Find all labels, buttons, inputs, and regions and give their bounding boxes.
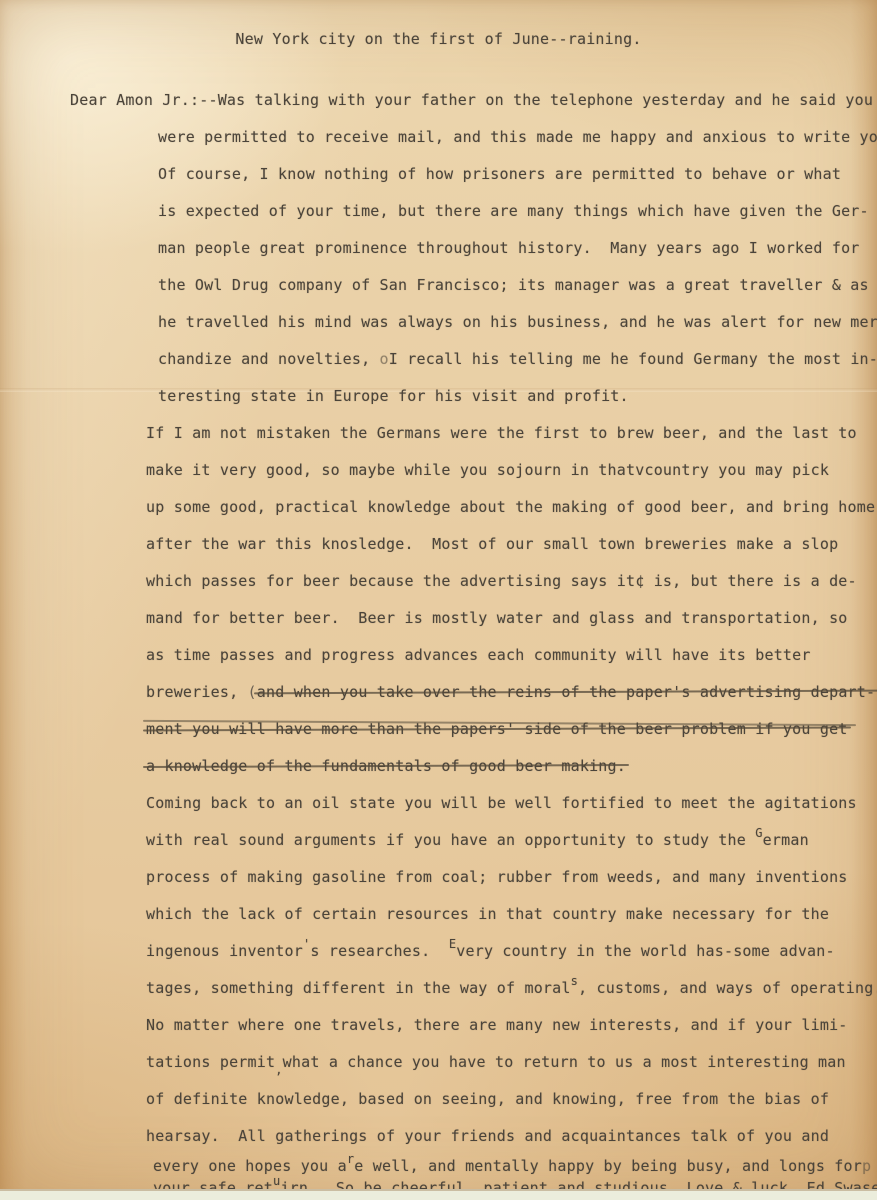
letter-line: which the lack of certain resources in t…: [146, 896, 877, 933]
text-segment: the Owl Drug company of San Francisco; i…: [158, 276, 869, 294]
letter-line: hearsay. All gatherings of your friends …: [146, 1118, 877, 1155]
text-segment: o: [380, 350, 389, 368]
text-segment: were permitted to receive mail, and this…: [158, 128, 877, 146]
text-segment: he travelled his mind was always on his …: [158, 313, 877, 331]
text-segment: No matter where one travels, there are m…: [146, 1016, 848, 1034]
letter-line: a knowledge of the fundamentals of good …: [146, 748, 877, 785]
letter-line: tations permit,what a chance you have to…: [146, 1044, 877, 1081]
letter-line: man people great prominence throughout h…: [158, 230, 877, 267]
letter-line: which passes for beer because the advert…: [146, 563, 877, 600]
text-segment: man people great prominence throughout h…: [158, 239, 860, 257]
letter-body: Dear Amon Jr.:--Was talking with your fa…: [146, 82, 877, 1199]
letter-line: mand for better beer. Beer is mostly wat…: [146, 600, 877, 637]
letter-line: ment you will have more than the papers'…: [146, 711, 877, 748]
text-segment: chandize and novelties,: [158, 350, 380, 368]
letter-line: Dear Amon Jr.:--Was talking with your fa…: [70, 82, 877, 119]
letter-line: Coming back to an oil state you will be …: [146, 785, 877, 822]
letter-line: is expected of your time, but there are …: [158, 193, 877, 230]
text-segment: s researches.: [310, 942, 448, 960]
letter-line: breweries, (and when you take over the r…: [146, 674, 877, 711]
text-segment: with real sound arguments if you have an…: [146, 831, 755, 849]
text-segment: process of making gasoline from coal; ru…: [146, 868, 848, 886]
text-segment: s: [571, 974, 578, 988]
text-segment: after the war this knosledge. Most of ou…: [146, 535, 838, 553]
text-segment: G: [755, 826, 762, 840]
letter-line: make it very good, so maybe while you so…: [146, 452, 877, 489]
letter-line: of definite knowledge, based on seeing, …: [146, 1081, 877, 1118]
text-segment: what a chance you have to return to us a…: [283, 1053, 846, 1071]
letter-line: after the war this knosledge. Most of ou…: [146, 526, 877, 563]
text-segment: , customs, and ways of operating.: [578, 979, 877, 997]
text-segment: make it very good, so maybe while you so…: [146, 461, 829, 479]
letter-line: No matter where one travels, there are m…: [146, 1007, 877, 1044]
struck-text: ment you will have more than the papers'…: [146, 720, 848, 738]
text-segment: ': [303, 937, 310, 951]
text-segment: tages, something different in the way of…: [146, 979, 571, 997]
text-segment: E: [449, 937, 456, 951]
text-segment: teresting state in Europe for his visit …: [158, 387, 629, 405]
letter-page: New York city on the first of June--rain…: [0, 0, 877, 1200]
struck-text: and when you take over the reins of the …: [257, 683, 875, 701]
text-segment: hearsay. All gatherings of your friends …: [146, 1127, 829, 1145]
letter-line: process of making gasoline from coal; ru…: [146, 859, 877, 896]
text-segment: p: [862, 1157, 871, 1175]
letter-line: teresting state in Europe for his visit …: [158, 378, 877, 415]
text-segment: as time passes and progress advances eac…: [146, 646, 811, 664]
letter-line: as time passes and progress advances eac…: [146, 637, 877, 674]
letter-line: every one hopes you are well, and mental…: [153, 1155, 877, 1177]
letter-heading: New York city on the first of June--rain…: [0, 30, 877, 48]
letter-line: were permitted to receive mail, and this…: [158, 119, 877, 156]
text-segment: e well, and mentally happy by being busy…: [354, 1157, 862, 1175]
text-segment: which passes for beer because the advert…: [146, 572, 857, 590]
text-segment: Of course, I know nothing of how prisone…: [158, 165, 841, 183]
text-segment: If I am not mistaken the Germans were th…: [146, 424, 857, 442]
text-segment: mand for better beer. Beer is mostly wat…: [146, 609, 848, 627]
letter-line: Of course, I know nothing of how prisone…: [158, 156, 877, 193]
text-segment: up some good, practical knowledge about …: [146, 498, 875, 516]
letter-line: the Owl Drug company of San Francisco; i…: [158, 267, 877, 304]
text-segment: breweries,: [146, 683, 248, 701]
letter-line: chandize and novelties, oI recall his te…: [158, 341, 877, 378]
text-segment: u: [273, 1174, 280, 1188]
text-segment: r: [347, 1152, 354, 1166]
letter-line: ingenous inventor's researches. Every co…: [146, 933, 877, 970]
text-segment: which the lack of certain resources in t…: [146, 905, 829, 923]
text-segment: of definite knowledge, based on seeing, …: [146, 1090, 829, 1108]
text-segment: ,: [275, 1063, 282, 1077]
letter-line: If I am not mistaken the Germans were th…: [146, 415, 877, 452]
text-segment: Dear Amon Jr.:--Was talking with your fa…: [70, 91, 873, 109]
letter-line: he travelled his mind was always on his …: [158, 304, 877, 341]
letter-line: up some good, practical knowledge about …: [146, 489, 877, 526]
text-segment: I recall his telling me he found Germany…: [389, 350, 877, 368]
scan-edge: [0, 1189, 877, 1200]
letter-line: tages, something different in the way of…: [146, 970, 877, 1007]
letter-line: with real sound arguments if you have an…: [146, 822, 877, 859]
text-segment: every one hopes you a: [153, 1157, 347, 1175]
text-segment: erman: [763, 831, 809, 849]
text-segment: Coming back to an oil state you will be …: [146, 794, 857, 812]
text-segment: very country in the world has-some advan…: [456, 942, 834, 960]
text-segment: is expected of your time, but there are …: [158, 202, 869, 220]
text-segment: ingenous inventor: [146, 942, 303, 960]
text-segment: tations permit: [146, 1053, 275, 1071]
struck-text: a knowledge of the fundamentals of good …: [146, 757, 626, 775]
